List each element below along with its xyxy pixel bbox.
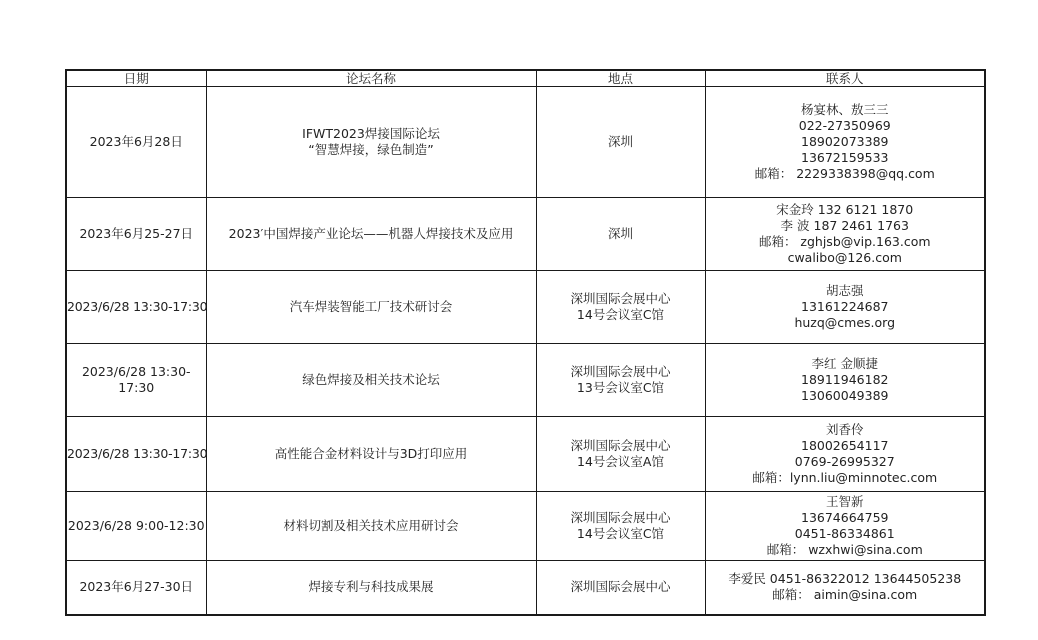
contact-line: 宋金玲 132 6121 1870 (706, 202, 985, 218)
table-row: 2023/6/28 13:30-17:30 汽车焊装智能工厂技术研讨会 深圳国际… (66, 270, 985, 343)
location-line: 深圳国际会展中心 (537, 438, 705, 454)
contact-line: 13060049389 (706, 388, 985, 404)
forum-name-line: IFWT2023焊接国际论坛 (207, 126, 536, 142)
contact-line: 0769-26995327 (706, 454, 985, 470)
contact-cell: 李爱民 0451-86322012 13644505238 邮箱： aimin@… (705, 560, 985, 615)
contact-line: 李 波 187 2461 1763 (706, 218, 985, 234)
header-forum-name: 论坛名称 (206, 70, 536, 87)
table-row: 2023/6/28 13:30-17:30 高性能合金材料设计与3D打印应用 深… (66, 416, 985, 491)
contact-cell: 王智新 13674664759 0451-86334861 邮箱： wzxhwi… (705, 491, 985, 560)
forum-schedule-table: 日期 论坛名称 地点 联系人 2023年6月28日 IFWT2023焊接国际论坛… (65, 69, 986, 616)
location-cell: 深圳 (536, 87, 705, 198)
date-cell: 2023/6/28 13:30-17:30 (66, 416, 206, 491)
location-line: 14号会议室A馆 (537, 454, 705, 470)
contact-email-line: 邮箱： wzxhwi@sina.com (706, 542, 985, 558)
contact-line: 李红 金顺捷 (706, 356, 985, 372)
date-cell: 2023/6/28 13:30- 17:30 (66, 343, 206, 416)
forum-name-line: 高性能合金材料设计与3D打印应用 (207, 446, 536, 462)
date-cell: 2023年6月28日 (66, 87, 206, 198)
location-line: 深圳国际会展中心 (537, 364, 705, 380)
date-cell: 2023/6/28 13:30-17:30 (66, 270, 206, 343)
contact-cell: 杨宴林、敖三三 022-27350969 18902073389 1367215… (705, 87, 985, 198)
contact-line: 022-27350969 (706, 118, 985, 134)
contact-line: 13672159533 (706, 150, 985, 166)
contact-line: 王智新 (706, 494, 985, 510)
table-row: 2023年6月27-30日 焊接专利与科技成果展 深圳国际会展中心 李爱民 04… (66, 560, 985, 615)
location-cell: 深圳国际会展中心 14号会议室C馆 (536, 270, 705, 343)
contact-line: 胡志强 (706, 283, 985, 299)
location-line: 14号会议室C馆 (537, 307, 705, 323)
location-cell: 深圳 (536, 197, 705, 270)
table-row: 2023年6月28日 IFWT2023焊接国际论坛 “智慧焊接，绿色制造” 深圳… (66, 87, 985, 198)
contact-email-line: huzq@cmes.org (706, 315, 985, 331)
location-cell: 深圳国际会展中心 14号会议室C馆 (536, 491, 705, 560)
contact-email-line: cwalibo@126.com (706, 250, 985, 266)
contact-line: 18902073389 (706, 134, 985, 150)
table-row: 2023年6月25-27日 2023′中国焊接产业论坛——机器人焊接技术及应用 … (66, 197, 985, 270)
contact-line: 李爱民 0451-86322012 13644505238 (706, 571, 985, 587)
location-cell: 深圳国际会展中心 14号会议室A馆 (536, 416, 705, 491)
forum-name-line: 汽车焊装智能工厂技术研讨会 (207, 299, 536, 315)
forum-name-cell: 高性能合金材料设计与3D打印应用 (206, 416, 536, 491)
header-location: 地点 (536, 70, 705, 87)
location-line: 13号会议室C馆 (537, 380, 705, 396)
contact-line: 18002654117 (706, 438, 985, 454)
location-line: 深圳国际会展中心 (537, 291, 705, 307)
forum-name-line: “智慧焊接，绿色制造” (207, 142, 536, 158)
location-line: 深圳国际会展中心 (537, 579, 705, 595)
forum-name-line: 2023′中国焊接产业论坛——机器人焊接技术及应用 (207, 226, 536, 242)
location-line: 深圳 (537, 226, 705, 242)
location-line: 深圳 (537, 134, 705, 150)
contact-line: 13674664759 (706, 510, 985, 526)
contact-email-line: 邮箱： aimin@sina.com (706, 587, 985, 603)
forum-name-line: 材料切割及相关技术应用研讨会 (207, 518, 536, 534)
date-line: 17:30 (67, 380, 206, 396)
date-cell: 2023/6/28 9:00-12:30 (66, 491, 206, 560)
location-line: 14号会议室C馆 (537, 526, 705, 542)
contact-cell: 胡志强 13161224687 huzq@cmes.org (705, 270, 985, 343)
contact-email-line: 邮箱： 2229338398@qq.com (706, 166, 985, 182)
contact-cell: 李红 金顺捷 18911946182 13060049389 (705, 343, 985, 416)
contact-line: 杨宴林、敖三三 (706, 102, 985, 118)
header-contact: 联系人 (705, 70, 985, 87)
forum-name-cell: 绿色焊接及相关技术论坛 (206, 343, 536, 416)
contact-email-line: 邮箱：lynn.liu@minnotec.com (706, 470, 985, 486)
forum-name-line: 绿色焊接及相关技术论坛 (207, 372, 536, 388)
forum-name-cell: 材料切割及相关技术应用研讨会 (206, 491, 536, 560)
contact-cell: 宋金玲 132 6121 1870 李 波 187 2461 1763 邮箱： … (705, 197, 985, 270)
contact-line: 刘香伶 (706, 422, 985, 438)
header-date: 日期 (66, 70, 206, 87)
date-line: 2023/6/28 13:30- (67, 364, 206, 380)
forum-name-cell: IFWT2023焊接国际论坛 “智慧焊接，绿色制造” (206, 87, 536, 198)
location-line: 深圳国际会展中心 (537, 510, 705, 526)
forum-name-line: 焊接专利与科技成果展 (207, 579, 536, 595)
contact-cell: 刘香伶 18002654117 0769-26995327 邮箱：lynn.li… (705, 416, 985, 491)
table-row: 2023/6/28 13:30- 17:30 绿色焊接及相关技术论坛 深圳国际会… (66, 343, 985, 416)
table-row: 2023/6/28 9:00-12:30 材料切割及相关技术应用研讨会 深圳国际… (66, 491, 985, 560)
forum-name-cell: 2023′中国焊接产业论坛——机器人焊接技术及应用 (206, 197, 536, 270)
forum-name-cell: 汽车焊装智能工厂技术研讨会 (206, 270, 536, 343)
contact-email-line: 邮箱： zghjsb@vip.163.com (706, 234, 985, 250)
header-row: 日期 论坛名称 地点 联系人 (66, 70, 985, 87)
date-cell: 2023年6月27-30日 (66, 560, 206, 615)
forum-name-cell: 焊接专利与科技成果展 (206, 560, 536, 615)
location-cell: 深圳国际会展中心 (536, 560, 705, 615)
location-cell: 深圳国际会展中心 13号会议室C馆 (536, 343, 705, 416)
contact-line: 13161224687 (706, 299, 985, 315)
contact-line: 18911946182 (706, 372, 985, 388)
date-cell: 2023年6月25-27日 (66, 197, 206, 270)
contact-line: 0451-86334861 (706, 526, 985, 542)
